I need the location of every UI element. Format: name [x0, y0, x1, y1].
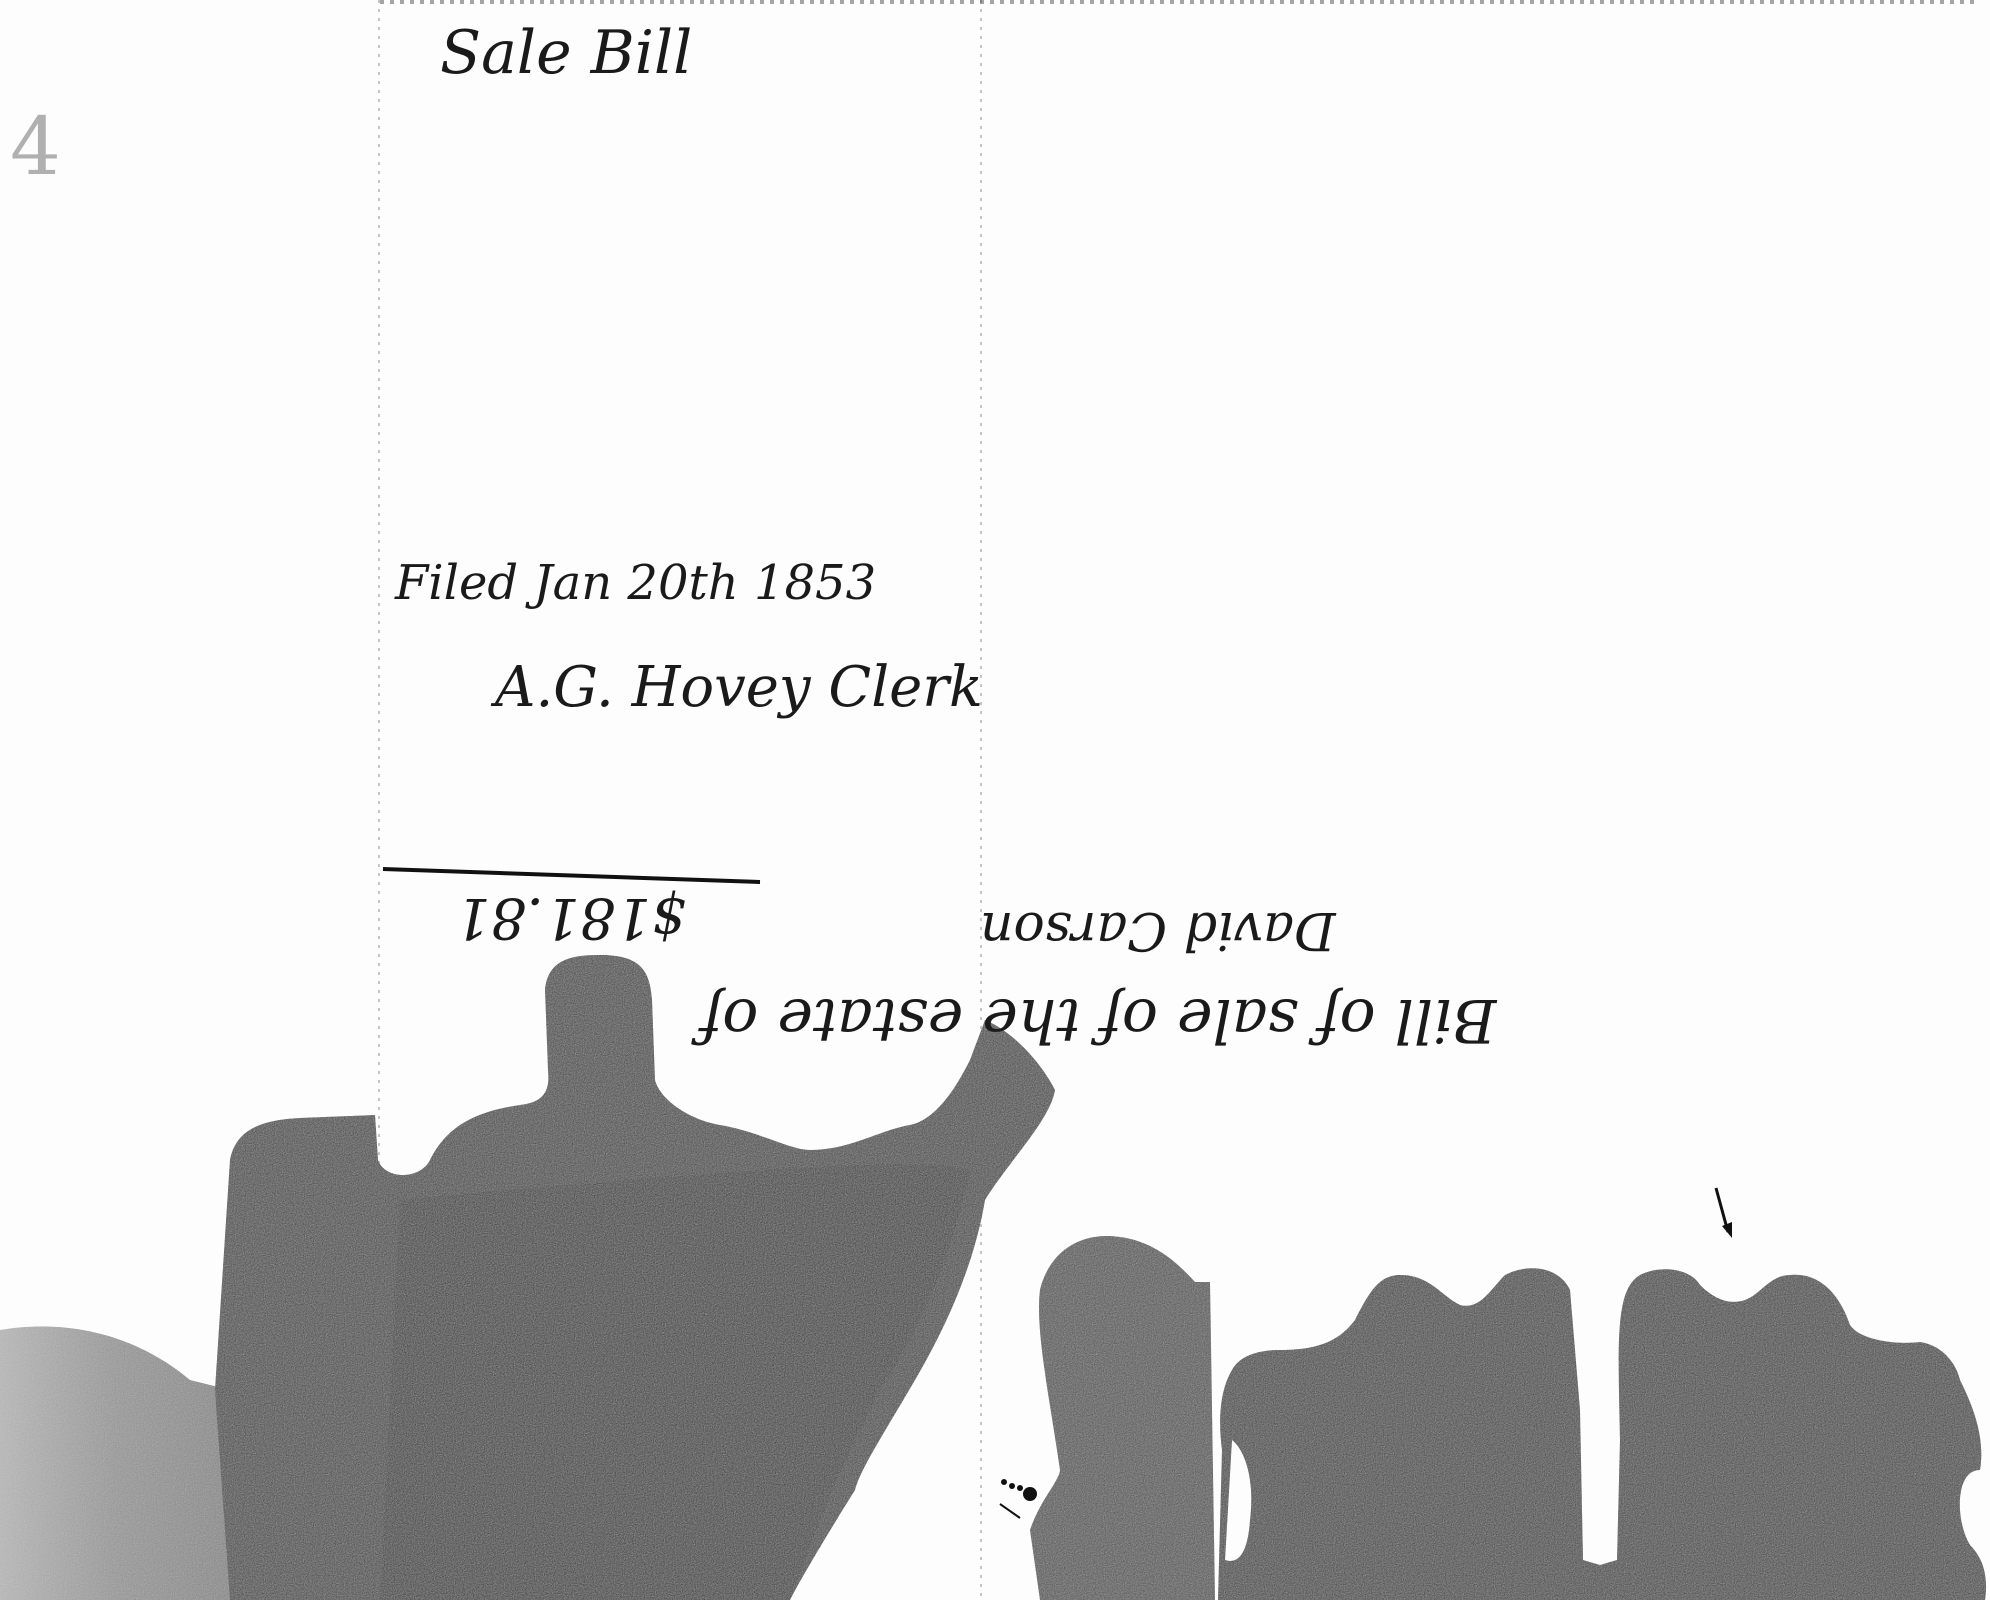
water-stains — [0, 0, 1990, 1600]
bill-of-sale-inverted: Bill of sale of the estate of — [700, 985, 1496, 1055]
filed-date: Filed Jan 20th 1853 — [395, 555, 876, 611]
clerk-signature: A.G. Hovey Clerk — [495, 655, 983, 720]
margin-mark: 4 — [10, 100, 61, 193]
amount-inverted: $181.81 — [455, 885, 687, 950]
decedent-name-inverted: David Carson — [980, 900, 1336, 960]
document-page: 4 Sale Bill Filed Jan 20th 1853 A.G. Hov… — [0, 0, 1990, 1600]
document-title: Sale Bill — [440, 18, 692, 88]
